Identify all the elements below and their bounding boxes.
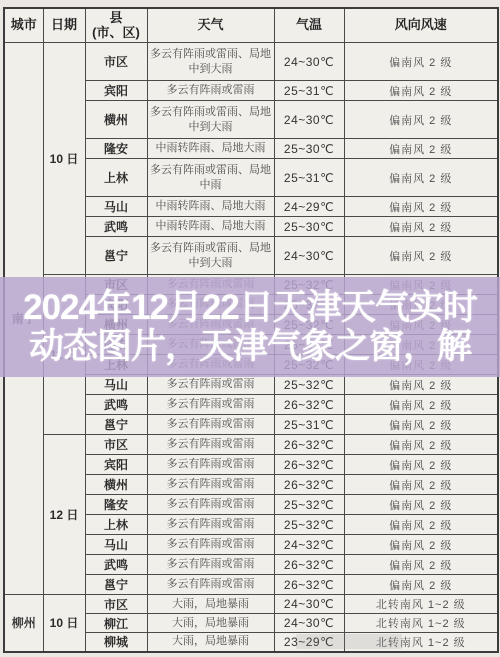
county-cell: 市区	[85, 435, 147, 455]
county-cell: 马山	[85, 535, 147, 555]
date-cell-12: 12 日	[43, 435, 85, 595]
temp-cell: 24~29℃	[274, 197, 344, 217]
temp-cell: 25~31℃	[274, 415, 344, 435]
weather-cell: 中雨转阵雨、局地大雨	[147, 197, 274, 217]
county-cell: 邕宁	[85, 237, 147, 275]
weather-cell: 多云有阵雨或雷雨	[147, 495, 274, 515]
header-city: 城市	[4, 8, 43, 43]
weather-cell: 多云有阵雨或雷雨	[147, 535, 274, 555]
wind-cell: 偏南风 2 级	[344, 575, 498, 595]
watermark-smudge	[296, 634, 402, 649]
wind-cell: 偏南风 2 级	[344, 81, 498, 101]
county-cell: 市区	[85, 43, 147, 81]
header-date: 日期	[43, 8, 85, 43]
county-cell: 上林	[85, 515, 147, 535]
weather-cell: 多云有阵雨或雷雨	[147, 475, 274, 495]
wind-cell: 北转南风 1~2 级	[344, 595, 498, 614]
table-row: 南宁 10 日 市区 多云有阵雨或雷雨、局地中到大雨 24~30℃ 偏南风 2 …	[4, 43, 498, 81]
temp-cell: 25~32℃	[274, 375, 344, 395]
table-row: 12 日 市区 多云有阵雨或雷雨 26~32℃ 偏南风 2 级	[4, 435, 498, 455]
wind-cell: 偏南风 2 级	[344, 495, 498, 515]
county-cell: 市区	[85, 595, 147, 614]
county-cell: 横州	[85, 101, 147, 139]
county-cell: 马山	[85, 375, 147, 395]
temp-cell: 24~30℃	[274, 595, 344, 614]
temp-cell: 26~32℃	[274, 555, 344, 575]
date-cell-10b: 10 日	[43, 595, 85, 652]
wind-cell: 偏南风 2 级	[344, 217, 498, 237]
county-cell: 邕宁	[85, 575, 147, 595]
weather-cell: 多云有阵雨或雷雨、局地中到大雨	[147, 43, 274, 81]
wind-cell: 偏南风 2 级	[344, 101, 498, 139]
weather-cell: 多云有阵雨或雷雨、局地中到大雨	[147, 101, 274, 139]
weather-cell: 多云有阵雨或雷雨、局地中到大雨	[147, 237, 274, 275]
weather-cell: 大雨，局地暴雨	[147, 633, 274, 652]
header-county: 县 (市、区)	[85, 8, 147, 43]
temp-cell: 24~30℃	[274, 237, 344, 275]
weather-cell: 中雨转阵雨、局地大雨	[147, 217, 274, 237]
wind-cell: 偏南风 2 级	[344, 555, 498, 575]
county-cell: 宾阳	[85, 81, 147, 101]
temp-cell: 26~32℃	[274, 475, 344, 495]
temp-cell: 25~32℃	[274, 495, 344, 515]
temp-cell: 26~32℃	[274, 435, 344, 455]
table-header-row: 城市 日期 县 (市、区) 天气 气温 风向风速	[4, 8, 498, 43]
header-wind: 风向风速	[344, 8, 498, 43]
weather-cell: 多云有阵雨或雷雨、局地中雨	[147, 159, 274, 197]
county-cell: 隆安	[85, 495, 147, 515]
weather-cell: 大雨，局地暴雨	[147, 614, 274, 633]
date-cell-10: 10 日	[43, 43, 85, 275]
temp-cell: 26~32℃	[274, 575, 344, 595]
county-cell: 隆安	[85, 139, 147, 159]
county-cell: 武鸣	[85, 555, 147, 575]
weather-cell: 多云有阵雨或雷雨	[147, 575, 274, 595]
weather-cell: 多云有阵雨或雷雨	[147, 455, 274, 475]
wind-cell: 偏南风 2 级	[344, 415, 498, 435]
wind-cell: 偏南风 2 级	[344, 197, 498, 217]
weather-cell: 多云有阵雨或雷雨	[147, 555, 274, 575]
county-cell: 马山	[85, 197, 147, 217]
weather-cell: 大雨，局地暴雨	[147, 595, 274, 614]
title-overlay-banner: 2024年12月22日天津天气实时 动态图片，天津气象之窗，解	[0, 277, 500, 377]
temp-cell: 25~31℃	[274, 81, 344, 101]
temp-cell: 26~32℃	[274, 395, 344, 415]
temp-cell: 24~32℃	[274, 535, 344, 555]
wind-cell: 偏南风 2 级	[344, 139, 498, 159]
wind-cell: 偏南风 2 级	[344, 535, 498, 555]
temp-cell: 25~30℃	[274, 217, 344, 237]
weather-cell: 多云有阵雨或雷雨	[147, 415, 274, 435]
weather-cell: 中雨转阵雨、局地大雨	[147, 139, 274, 159]
weather-table-image: 城市 日期 县 (市、区) 天气 气温 风向风速 南宁 10 日 市区 多云有阵…	[0, 0, 500, 657]
wind-cell: 偏南风 2 级	[344, 395, 498, 415]
wind-cell: 偏南风 2 级	[344, 43, 498, 81]
wind-cell: 偏南风 2 级	[344, 435, 498, 455]
wind-cell: 偏南风 2 级	[344, 237, 498, 275]
temp-cell: 24~30℃	[274, 101, 344, 139]
weather-cell: 多云有阵雨或雷雨	[147, 395, 274, 415]
county-cell: 武鸣	[85, 217, 147, 237]
wind-cell: 偏南风 2 级	[344, 455, 498, 475]
county-cell: 横州	[85, 475, 147, 495]
temp-cell: 24~30℃	[274, 43, 344, 81]
wind-cell: 偏南风 2 级	[344, 159, 498, 197]
overlay-title-line1: 2024年12月22日天津天气实时	[23, 288, 477, 327]
overlay-title-line2: 动态图片，天津气象之窗，解	[29, 327, 471, 366]
table-row: 柳州 10 日 市区 大雨，局地暴雨 24~30℃ 北转南风 1~2 级	[4, 595, 498, 614]
header-temp: 气温	[274, 8, 344, 43]
weather-cell: 多云有阵雨或雷雨	[147, 375, 274, 395]
weather-cell: 多云有阵雨或雷雨	[147, 81, 274, 101]
county-cell: 武鸣	[85, 395, 147, 415]
temp-cell: 25~32℃	[274, 515, 344, 535]
county-cell: 邕宁	[85, 415, 147, 435]
city-cell-liuzhou: 柳州	[4, 595, 43, 652]
temp-cell: 25~30℃	[274, 139, 344, 159]
weather-cell: 多云有阵雨或雷雨	[147, 435, 274, 455]
wind-cell: 偏南风 2 级	[344, 375, 498, 395]
county-cell: 上林	[85, 159, 147, 197]
county-cell: 柳江	[85, 614, 147, 633]
wind-cell: 北转南风 1~2 级	[344, 614, 498, 633]
wind-cell: 偏南风 2 级	[344, 475, 498, 495]
weather-cell: 多云有阵雨或雷雨	[147, 515, 274, 535]
county-cell: 柳城	[85, 633, 147, 652]
county-cell: 宾阳	[85, 455, 147, 475]
temp-cell: 24~30℃	[274, 614, 344, 633]
header-weather: 天气	[147, 8, 274, 43]
temp-cell: 26~32℃	[274, 455, 344, 475]
wind-cell: 偏南风 2 级	[344, 515, 498, 535]
temp-cell: 25~31℃	[274, 159, 344, 197]
